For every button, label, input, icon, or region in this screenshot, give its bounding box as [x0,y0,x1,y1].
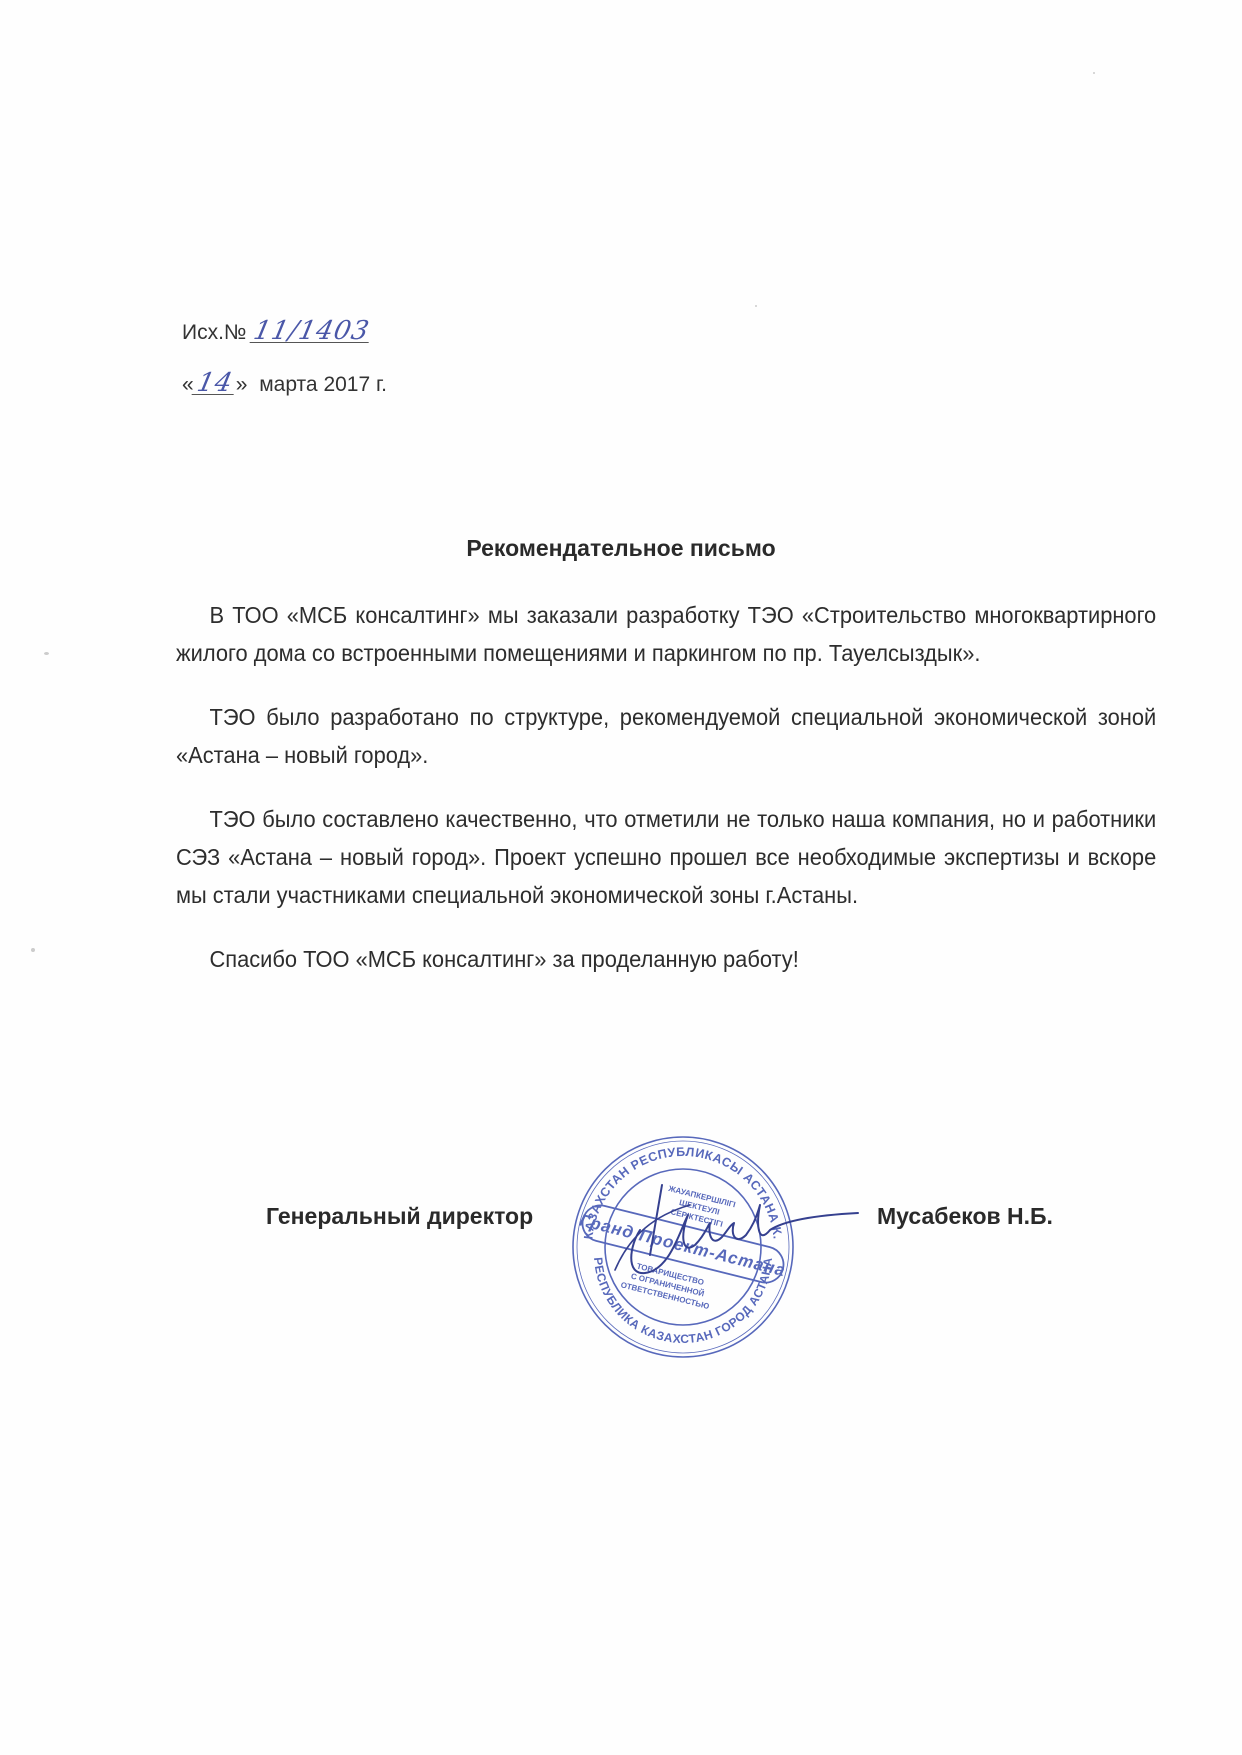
signatory-name: Мусабеков Н.Б. [877,1203,1053,1230]
letter-body: В ТОО «МСБ консалтинг» мы заказали разра… [176,596,1156,1004]
paragraph-1: В ТОО «МСБ консалтинг» мы заказали разра… [176,596,1156,672]
handwritten-signature [610,1175,860,1295]
outgoing-reference: Исх.№ 11/1403 [182,320,371,345]
date-month-year: марта 2017 г. [259,373,387,396]
scan-speck [755,305,757,307]
paragraph-4: Спасибо ТОО «МСБ консалтинг» за проделан… [176,940,1156,978]
date-day: 14 [191,372,238,395]
scan-speck [31,948,35,952]
scan-speck [1093,72,1095,74]
scan-speck [44,652,49,655]
outgoing-ref-label: Исх.№ [182,321,246,344]
paragraph-3: ТЭО было составлено качественно, что отм… [176,800,1156,914]
letter-page: Исх.№ 11/1403 «14» марта 2017 г. Рекомен… [0,0,1242,1755]
signatory-position: Генеральный директор [266,1203,533,1230]
letter-title: Рекомендательное письмо [0,535,1242,562]
letter-date: «14» марта 2017 г. [182,372,387,397]
paragraph-2: ТЭО было разработано по структуре, реком… [176,698,1156,774]
outgoing-ref-number: 11/1403 [250,320,374,343]
